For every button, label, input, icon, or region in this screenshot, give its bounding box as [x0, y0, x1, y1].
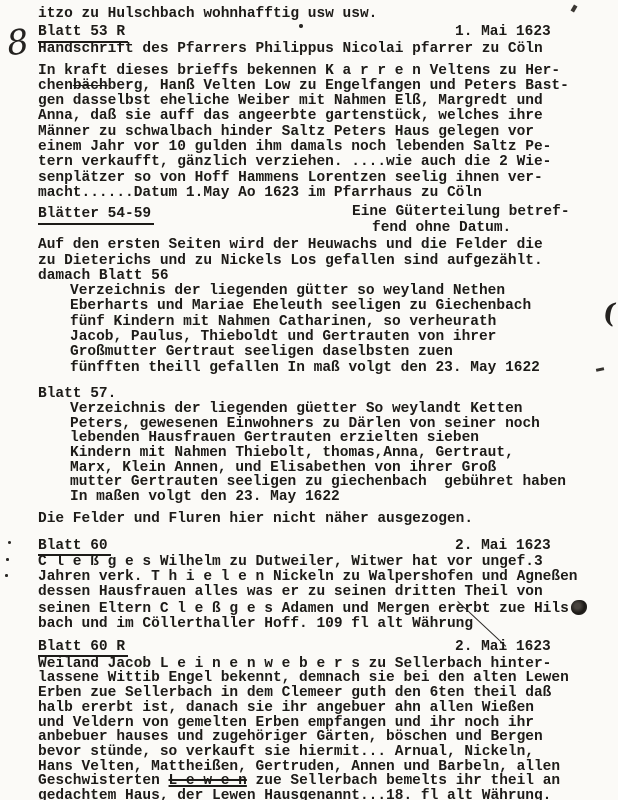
text-line: macht......Datum 1.May Ao 1623 im Pfarrh…: [38, 186, 618, 201]
text-line: seinen Eltern C l e ß g e s Adamen und M…: [38, 600, 618, 617]
handwritten-margin-number: 8: [5, 25, 31, 62]
paragraph-blatt-60r: Weiland Jacob L e i n e n w e b e r s zu…: [38, 657, 618, 800]
paragraph-blatt-60: C l e ß g e s Wilhelm zu Dutweiler, Witw…: [38, 555, 618, 632]
text-line: fünfften theill gefallen In maß volgt de…: [70, 361, 618, 376]
text-line: dessen Hausfrauen alles was er zu seinen…: [38, 585, 618, 600]
text-segment: Geschwisterten: [38, 773, 169, 789]
text-line: Marx, Klein Annen, und Elisabethen von i…: [70, 461, 618, 476]
text-line: tern verkaufft, gänzlich verziehen. ....…: [38, 155, 618, 170]
text-line: Kindern mit Nahmen Thiebolt, thomas,Anna…: [70, 446, 618, 461]
text-line: Verzeichnis der liegenden güetter So wey…: [70, 402, 618, 417]
text-line: einem Jahr vor 10 gulden ihm damals noch…: [38, 140, 618, 155]
date-blatt-53r: 1. Mai 1623: [455, 25, 551, 40]
text-segment: zue Sellerbach bemelts ihr theil an: [247, 773, 560, 789]
ink-speck: [8, 541, 11, 544]
subheading-blatt-53r: Handschrift des Pfarrers Philippus Nicol…: [38, 42, 618, 57]
text-line: bevor stünde, so verkauft sie hiermit...…: [38, 745, 618, 760]
heading-blatt-60: Blatt 60: [38, 539, 111, 556]
text-line: und Veldern von gemelten Erben empfangen…: [38, 716, 618, 731]
heading-blaetter-54-59: Blätter 54-59: [38, 207, 154, 224]
paragraph-blatt-53r: In kraft dieses brieffs bekennen K a r r…: [38, 64, 618, 202]
text-line: Auf den ersten Seiten wird der Heuwachs …: [38, 238, 618, 253]
text-line: fünf Kindern mit Nahmen Catharinen, so v…: [70, 315, 618, 330]
text-line: chenbächberg, Hanß Velten Low zu Engelfa…: [38, 79, 618, 94]
section-heading-row-blatt-60: Blatt 60 2. Mai 1623: [38, 539, 618, 556]
struck-text: bäch: [73, 78, 108, 94]
section-heading-row-blaetter-54-59: Blätter 54-59 Eine Güterteilung betref- …: [38, 207, 618, 238]
date-blatt-60r: 2. Mai 1623: [455, 640, 551, 655]
document-scan-page: 8 ( itzo zu Hulschbach wohnhafftig usw u…: [0, 0, 618, 800]
text-line: Großmutter Gertraut seeligen daselbsten …: [70, 345, 618, 360]
paragraph-blatt-57-list: Verzeichnis der liegenden güetter So wey…: [70, 402, 618, 504]
ink-mark-paren: (: [602, 305, 617, 322]
text-line: Peters, gewesenen Einwohners zu Därlen v…: [70, 417, 618, 432]
remark-felder-fluren: Die Felder und Fluren hier nicht näher a…: [38, 512, 618, 527]
text-line: In kraft dieses brieffs bekennen K a r r…: [38, 64, 618, 79]
text-line: mutter Gertrauten seeligen zu giechenbac…: [70, 475, 618, 490]
text-line: gen dasselbst eheliche Weiber mit Nahmen…: [38, 94, 618, 109]
text-line: Verzeichnis der liegenden gütter so weyl…: [70, 284, 618, 299]
side-note: Eine Güterteilung betref- fend ohne Datu…: [352, 205, 570, 236]
text-line: bach und im Cöllerthaller Hoff. 109 fl a…: [38, 617, 618, 632]
ink-speck: [6, 558, 9, 561]
side-note-line: Eine Güterteilung betref-: [352, 205, 570, 220]
date-blatt-60: 2. Mai 1623: [455, 539, 551, 554]
heading-blatt-57: Blatt 57.: [38, 387, 618, 402]
text-line: In maßen volgt den 23. May 1622: [70, 490, 618, 505]
text-line: lebenden Hausfrauen Gertrauten erzielten…: [70, 431, 618, 446]
text-line: anbebuer hauses und zugehöriger Gärten, …: [38, 730, 618, 745]
text-line: Erben zue Sellerbach in dem Clemeer guth…: [38, 686, 618, 701]
side-note-line: fend ohne Datum.: [352, 221, 570, 236]
underlined-struck-name: L e w e n: [169, 773, 247, 789]
text-segment: seinen Eltern C l e ß g e s Adamen und M…: [38, 601, 569, 617]
text-line: Eberharts und Mariae Eheleuth seeligen z…: [70, 299, 618, 314]
text-segment: chen: [38, 78, 73, 94]
text-line: halb ererbt ist, danach sie ihr angebuer…: [38, 701, 618, 716]
heading-blatt-60r: Blatt 60 R: [38, 640, 128, 657]
intro-line: itzo zu Hulschbach wohnhafftig usw usw.: [38, 7, 618, 22]
text-line: Jahren verk. T h i e l e n Nickeln zu Wa…: [38, 570, 618, 585]
text-line: lassene Wittib Engel bekennt, demnach si…: [38, 671, 618, 686]
text-line: damach Blatt 56: [38, 269, 618, 284]
text-line: Jacob, Paulus, Thieboldt und Gertrauten …: [70, 330, 618, 345]
text-segment: berg, Hanß Velten Low zu Engelfangen und…: [108, 78, 569, 94]
text-line: senplätzer so von Hoff Hammens Lorentzen…: [38, 171, 618, 186]
ink-speck: [5, 574, 8, 577]
text-line: Männer zu schwalbach hinder Saltz Peters…: [38, 125, 618, 140]
section-heading-row-blatt-53r: Blatt 53 R 1. Mai 1623: [38, 25, 618, 42]
paragraph-blaetter-54-59: Auf den ersten Seiten wird der Heuwachs …: [38, 238, 618, 284]
ink-blob: [571, 600, 587, 615]
text-line: C l e ß g e s Wilhelm zu Dutweiler, Witw…: [38, 555, 618, 570]
text-line: Hans Velten, Mattheißen, Gertruden, Anne…: [38, 760, 618, 775]
text-line: Anna, daß sie auff das angeerbte gartens…: [38, 109, 618, 124]
text-line: zu Dieterichs und zu Nickels Los gefalle…: [38, 254, 618, 269]
paragraph-blatt-56-list: Verzeichnis der liegenden gütter so weyl…: [70, 284, 618, 376]
heading-blatt-53r: Blatt 53 R: [38, 25, 128, 42]
text-line: Weiland Jacob L e i n e n w e b e r s zu…: [38, 657, 618, 672]
section-heading-row-blatt-60r: Blatt 60 R 2. Mai 1623: [38, 640, 618, 657]
text-line: gedachtem Haus, der Lewen Hausgenannt...…: [38, 789, 618, 800]
text-line: Geschwisterten L e w e n zue Sellerbach …: [38, 774, 618, 789]
